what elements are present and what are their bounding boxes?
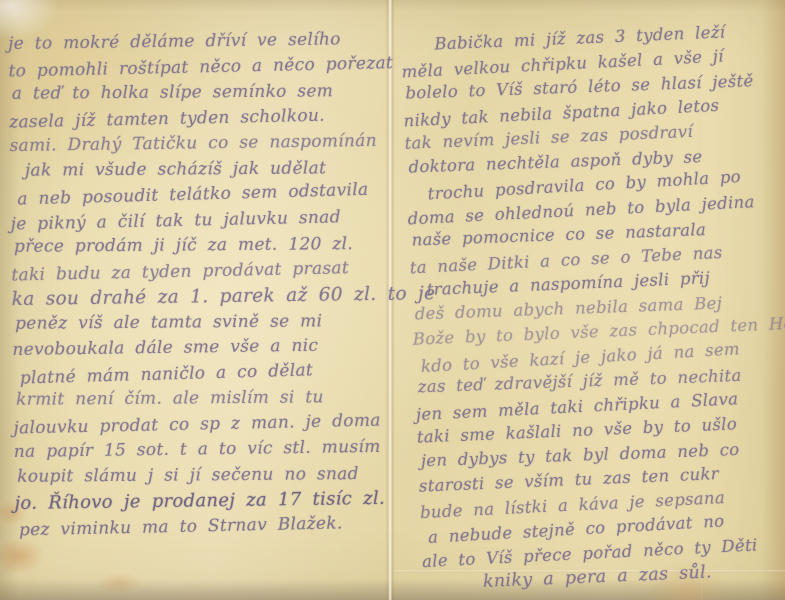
- letter-page-left: je to mokré děláme dříví ve selíhoto pom…: [8, 27, 407, 542]
- letter-page-right: Babička mi jíž zas 3 tyden ležíměla velk…: [400, 18, 785, 597]
- paper-stain: [96, 572, 142, 594]
- letter-line: sami. Drahý Tatičku co se naspomínán: [9, 129, 401, 160]
- letter-line: ka sou drahé za 1. parek až 60 zl. to je: [12, 282, 404, 313]
- letter-line: na papír 15 sot. t a to víc stl. musím: [14, 434, 406, 465]
- letter-photo: je to mokré děláme dříví ve selíhoto pom…: [0, 0, 785, 600]
